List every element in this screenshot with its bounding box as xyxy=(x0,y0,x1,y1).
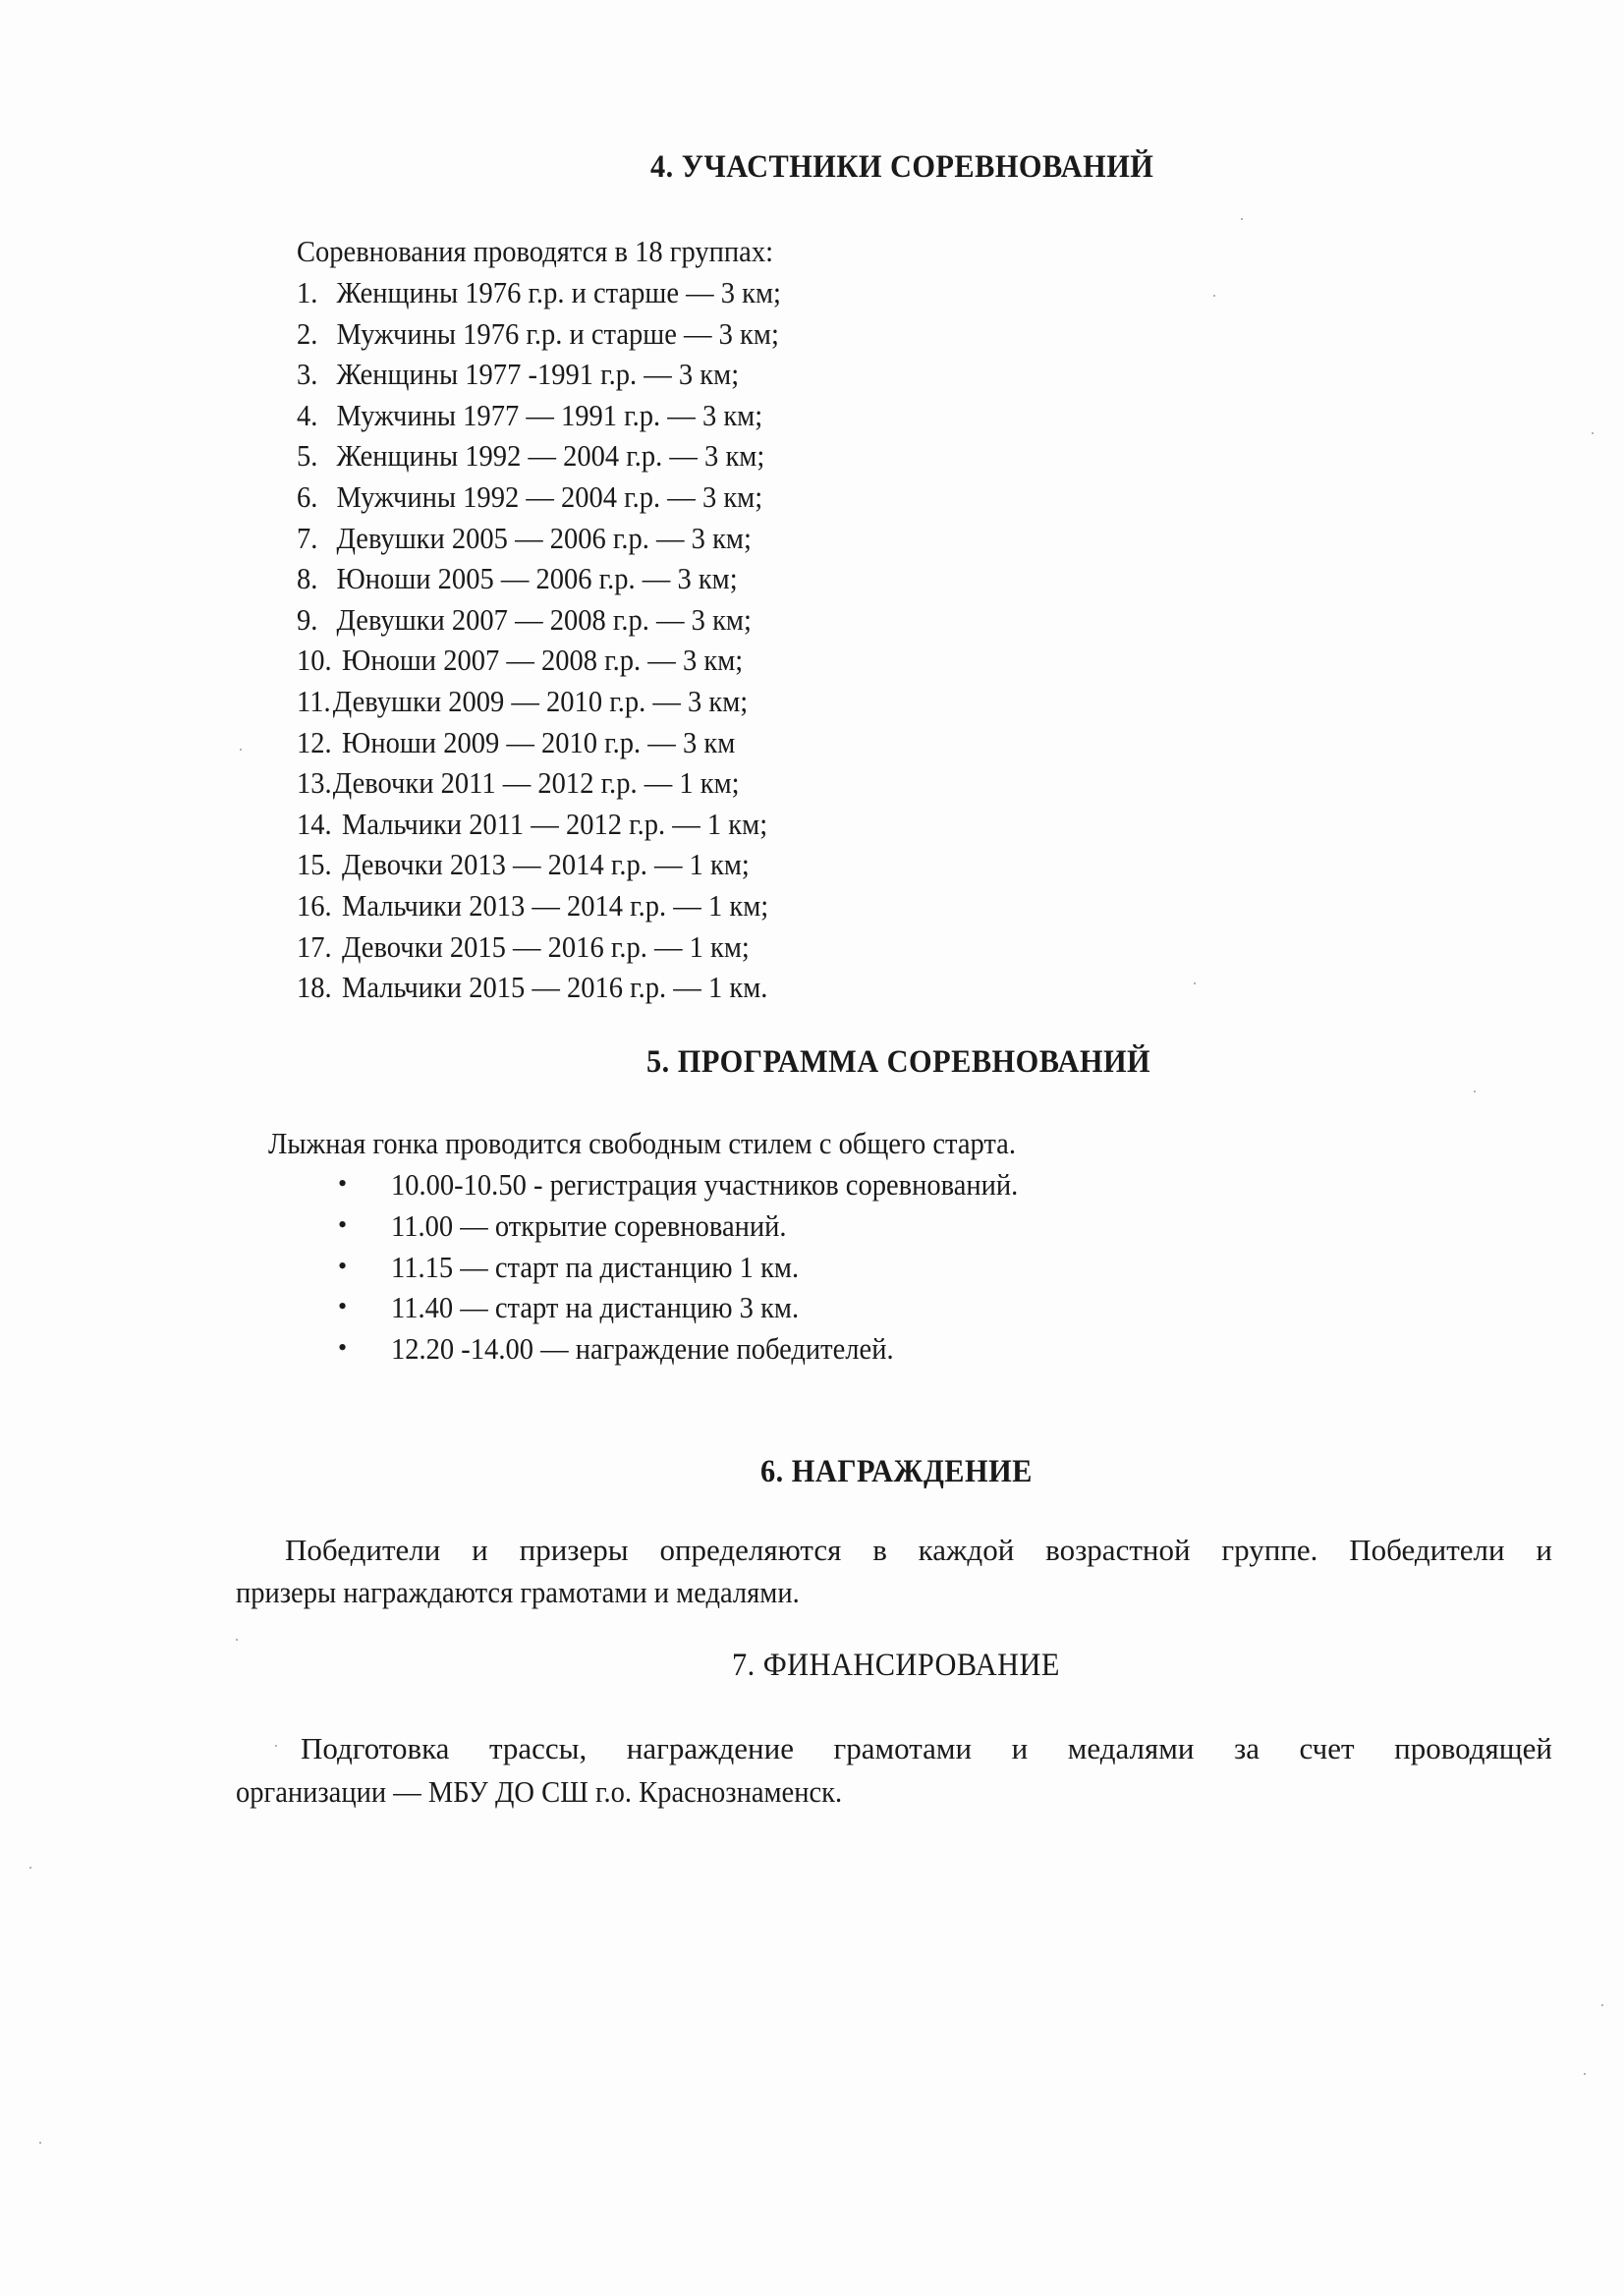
group-label: Юноши 2007 — 2008 г.р. — 3 км; xyxy=(342,643,743,677)
list-number: 17. xyxy=(297,929,342,965)
list-number: 6. xyxy=(297,479,336,515)
awards-paragraph-line1: Победители и призеры определяются в кажд… xyxy=(285,1533,1552,1568)
group-label: Девочки 2015 — 2016 г.р. — 1 км; xyxy=(342,929,750,964)
program-intro: Лыжная гонка проводится свободным стилем… xyxy=(268,1126,1016,1161)
list-number: 2. xyxy=(297,316,336,352)
list-number: 12. xyxy=(297,725,342,760)
program-item: 10.00-10.50 - регистрация участников сор… xyxy=(391,1167,1018,1203)
group-label: Мужчины 1992 — 2004 г.р. — 3 км; xyxy=(336,479,762,514)
participant-group-item: 18.Мальчики 2015 — 2016 г.р. — 1 км. xyxy=(297,970,767,1005)
section-heading-program: 5. ПРОГРАММА СОРЕВНОВАНИЙ xyxy=(646,1044,1150,1081)
group-label: Женщины 1992 — 2004 г.р. — 3 км; xyxy=(336,438,764,473)
group-label: Девушки 2005 — 2006 г.р. — 3 км; xyxy=(336,521,751,555)
section-heading-funding: 7. ФИНАНСИРОВАНИЕ xyxy=(732,1648,1060,1684)
participant-group-item: 4.Мужчины 1977 — 1991 г.р. — 3 км; xyxy=(297,398,762,433)
scan-speck xyxy=(1213,295,1215,297)
group-label: Мальчики 2015 — 2016 г.р. — 1 км. xyxy=(342,970,767,1004)
scan-speck xyxy=(29,1867,31,1869)
scan-speck xyxy=(236,1639,238,1641)
bullet-icon: • xyxy=(338,1169,347,1199)
group-label: Юноши 2009 — 2010 г.р. — 3 км xyxy=(342,725,735,759)
list-number: 9. xyxy=(297,602,336,638)
list-number: 11. xyxy=(297,684,333,719)
participant-group-item: 12.Юноши 2009 — 2010 г.р. — 3 км xyxy=(297,725,735,760)
participant-group-item: 16.Мальчики 2013 — 2014 г.р. — 1 км; xyxy=(297,888,768,924)
program-item: 11.40 — старт на дистанцию 3 км. xyxy=(391,1290,799,1325)
participant-group-item: 1.Женщины 1976 г.р. и старше — 3 км; xyxy=(297,275,781,310)
group-label: Девочки 2013 — 2014 г.р. — 1 км; xyxy=(342,847,750,881)
awards-paragraph-line2: призеры награждаются грамотами и медалям… xyxy=(236,1575,800,1610)
group-label: Женщины 1976 г.р. и старше — 3 км; xyxy=(336,275,781,309)
bullet-icon: • xyxy=(338,1252,347,1281)
list-number: 1. xyxy=(297,275,336,310)
participant-group-item: 17.Девочки 2015 — 2016 г.р. — 1 км; xyxy=(297,929,750,965)
scan-speck xyxy=(1241,218,1243,220)
section-heading-participants: 4. УЧАСТНИКИ СОРЕВНОВАНИЙ xyxy=(650,149,1153,186)
program-item: 11.00 — открытие соревнований. xyxy=(391,1208,787,1244)
participant-group-item: 9.Девушки 2007 — 2008 г.р. — 3 км; xyxy=(297,602,752,638)
program-item: 11.15 — старт па дистанцию 1 км. xyxy=(391,1250,799,1285)
list-number: 15. xyxy=(297,847,342,882)
participants-intro: Соревнования проводятся в 18 группах: xyxy=(297,234,773,269)
funding-paragraph-line1: Подготовка трассы, награждение грамотами… xyxy=(301,1731,1552,1766)
bullet-icon: • xyxy=(338,1292,347,1321)
group-label: Девушки 2009 — 2010 г.р. — 3 км; xyxy=(333,684,748,718)
participant-group-item: 2.Мужчины 1976 г.р. и старше — 3 км; xyxy=(297,316,779,352)
participant-group-item: 5.Женщины 1992 — 2004 г.р. — 3 км; xyxy=(297,438,764,474)
list-number: 7. xyxy=(297,521,336,556)
scan-speck xyxy=(240,749,242,751)
group-label: Мальчики 2011 — 2012 г.р. — 1 км; xyxy=(342,807,767,841)
scan-speck xyxy=(1194,982,1196,984)
participant-group-item: 15.Девочки 2013 — 2014 г.р. — 1 км; xyxy=(297,847,750,882)
list-number: 4. xyxy=(297,398,336,433)
group-label: Женщины 1977 -1991 г.р. — 3 км; xyxy=(336,357,739,391)
list-number: 8. xyxy=(297,561,336,596)
bullet-icon: • xyxy=(338,1333,347,1363)
group-label: Девушки 2007 — 2008 г.р. — 3 км; xyxy=(336,602,751,637)
group-label: Девочки 2011 — 2012 г.р. — 1 км; xyxy=(333,765,740,800)
scan-speck xyxy=(1592,432,1594,434)
list-number: 10. xyxy=(297,643,342,678)
participant-group-item: 11.Девушки 2009 — 2010 г.р. — 3 км; xyxy=(297,684,748,719)
scan-speck xyxy=(39,2142,41,2144)
list-number: 14. xyxy=(297,807,342,842)
program-item: 12.20 -14.00 — награждение победителей. xyxy=(391,1331,894,1367)
bullet-icon: • xyxy=(338,1210,347,1240)
list-number: 3. xyxy=(297,357,336,392)
participant-group-item: 13.Девочки 2011 — 2012 г.р. — 1 км; xyxy=(297,765,740,801)
section-heading-awards: 6. НАГРАЖДЕНИЕ xyxy=(760,1454,1033,1490)
participant-group-item: 10.Юноши 2007 — 2008 г.р. — 3 км; xyxy=(297,643,743,678)
list-number: 18. xyxy=(297,970,342,1005)
group-label: Мужчины 1977 — 1991 г.р. — 3 км; xyxy=(336,398,762,432)
participant-group-item: 3.Женщины 1977 -1991 г.р. — 3 км; xyxy=(297,357,739,392)
list-number: 13. xyxy=(297,765,333,801)
scan-speck xyxy=(1601,2004,1603,2006)
participant-group-item: 6.Мужчины 1992 — 2004 г.р. — 3 км; xyxy=(297,479,762,515)
participant-group-item: 7.Девушки 2005 — 2006 г.р. — 3 км; xyxy=(297,521,752,556)
list-number: 16. xyxy=(297,888,342,924)
group-label: Мужчины 1976 г.р. и старше — 3 км; xyxy=(336,316,778,351)
scan-speck xyxy=(1584,2073,1586,2075)
list-number: 5. xyxy=(297,438,336,474)
document-page: 4. УЧАСТНИКИ СОРЕВНОВАНИЙ Соревнования п… xyxy=(0,0,1624,2296)
scan-speck xyxy=(275,1745,277,1747)
group-label: Юноши 2005 — 2006 г.р. — 3 км; xyxy=(336,561,737,595)
funding-paragraph-line2: организации — МБУ ДО СШ г.о. Краснознаме… xyxy=(236,1774,842,1810)
participant-group-item: 8.Юноши 2005 — 2006 г.р. — 3 км; xyxy=(297,561,738,596)
scan-speck xyxy=(1474,1091,1476,1092)
participant-group-item: 14.Мальчики 2011 — 2012 г.р. — 1 км; xyxy=(297,807,767,842)
group-label: Мальчики 2013 — 2014 г.р. — 1 км; xyxy=(342,888,768,923)
